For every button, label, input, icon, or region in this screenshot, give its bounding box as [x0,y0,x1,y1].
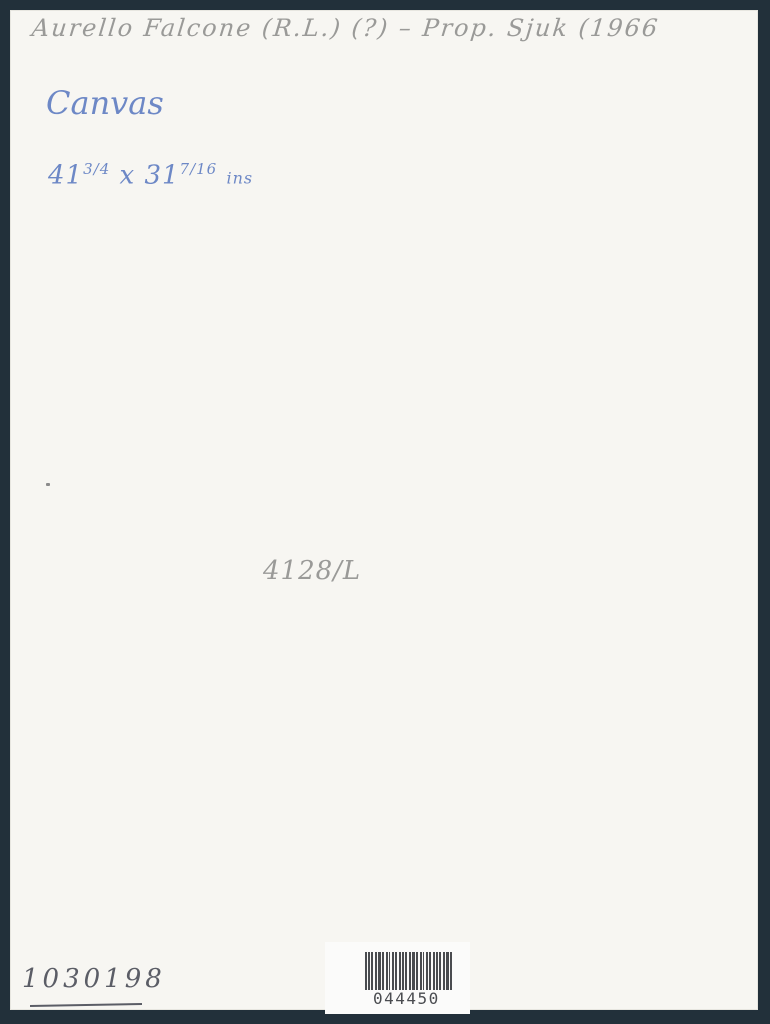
handwritten-dimensions-annotation: 413/4 x 317/16 ins [48,160,253,191]
dimension-separator: x [120,161,136,191]
dimension-unit: ins [226,169,253,188]
handwritten-reference-number: 4128/L [263,556,361,586]
dust-speck [46,483,50,486]
barcode-icon [365,952,457,990]
dimension-height-whole: 31 [144,161,179,191]
handwritten-inventory-number: 1030198 [22,964,166,994]
dimension-height-fraction: 7/16 [180,160,218,178]
barcode-number: 044450 [373,989,440,1008]
handwritten-title-annotation: Aurello Falcone (R.L.) (?) – Prop. Sjuk … [31,14,661,42]
barcode-label: 044450 [325,942,470,1014]
dimension-width-whole: 41 [48,161,83,191]
handwritten-medium-annotation: Canvas [46,84,164,122]
dimension-width-fraction: 3/4 [83,160,110,178]
